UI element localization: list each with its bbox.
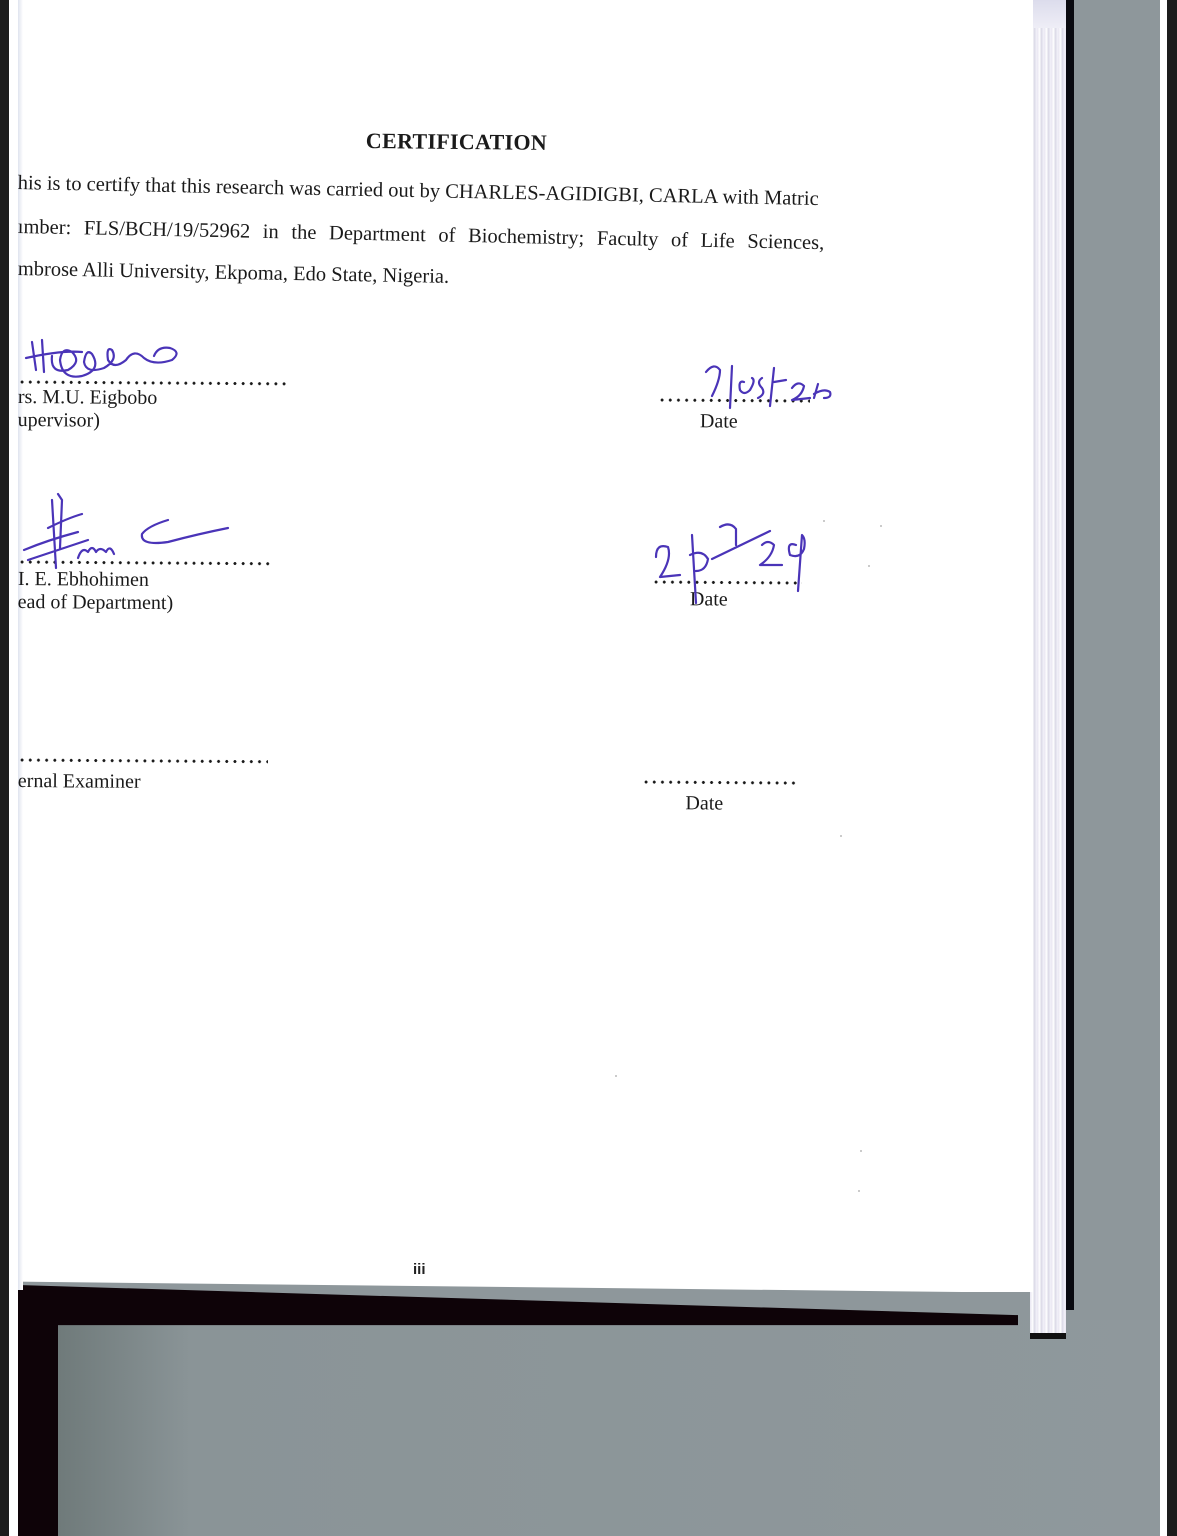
scan-speck [860, 1150, 862, 1152]
supervisor-signature-block: rs. M.U. Eigbobo upervisor) [18, 380, 290, 434]
hod-signature-block: I. E. Ebhohimen ead of Department) [18, 560, 274, 616]
scan-speck [840, 835, 842, 837]
hod-date-block: Date [652, 580, 802, 612]
body-line-1: his is to certify that this research was… [18, 172, 819, 211]
date-label: Date [616, 588, 802, 612]
date-label: Date [612, 792, 797, 816]
date-line [658, 398, 810, 403]
date-line [642, 780, 797, 785]
signatory-role: ead of Department) [18, 591, 274, 616]
signatory-name: rs. M.U. Eigbobo [18, 386, 290, 411]
body-line-2: ımber: FLS/BCH/19/52962 in the Departmen… [18, 216, 825, 255]
scan-speck [868, 565, 870, 567]
scan-speck [858, 1190, 860, 1192]
scan-speck [823, 520, 825, 522]
supervisor-date-block: Date [658, 398, 810, 434]
scan-speck [615, 1075, 617, 1077]
body-line-3: mbrose Alli University, Ekpoma, Edo Stat… [18, 258, 450, 289]
certification-document: CERTIFICATION his is to certify that thi… [0, 0, 1177, 1536]
signatory-name: I. E. Ebhohimen [18, 568, 274, 593]
signature-line [18, 380, 290, 386]
examiner-signature-block: ernal Examiner [18, 758, 268, 795]
signature-line [18, 758, 268, 764]
signatory-role: ernal Examiner [18, 770, 268, 795]
signatory-role: upervisor) [18, 409, 290, 434]
date-label: Date [628, 410, 810, 434]
page-title: CERTIFICATION [366, 128, 547, 156]
date-line [652, 580, 802, 585]
page-number: iii [413, 1261, 426, 1278]
scan-speck [880, 525, 882, 527]
signature-line [18, 560, 274, 566]
examiner-date-block: Date [642, 780, 797, 816]
